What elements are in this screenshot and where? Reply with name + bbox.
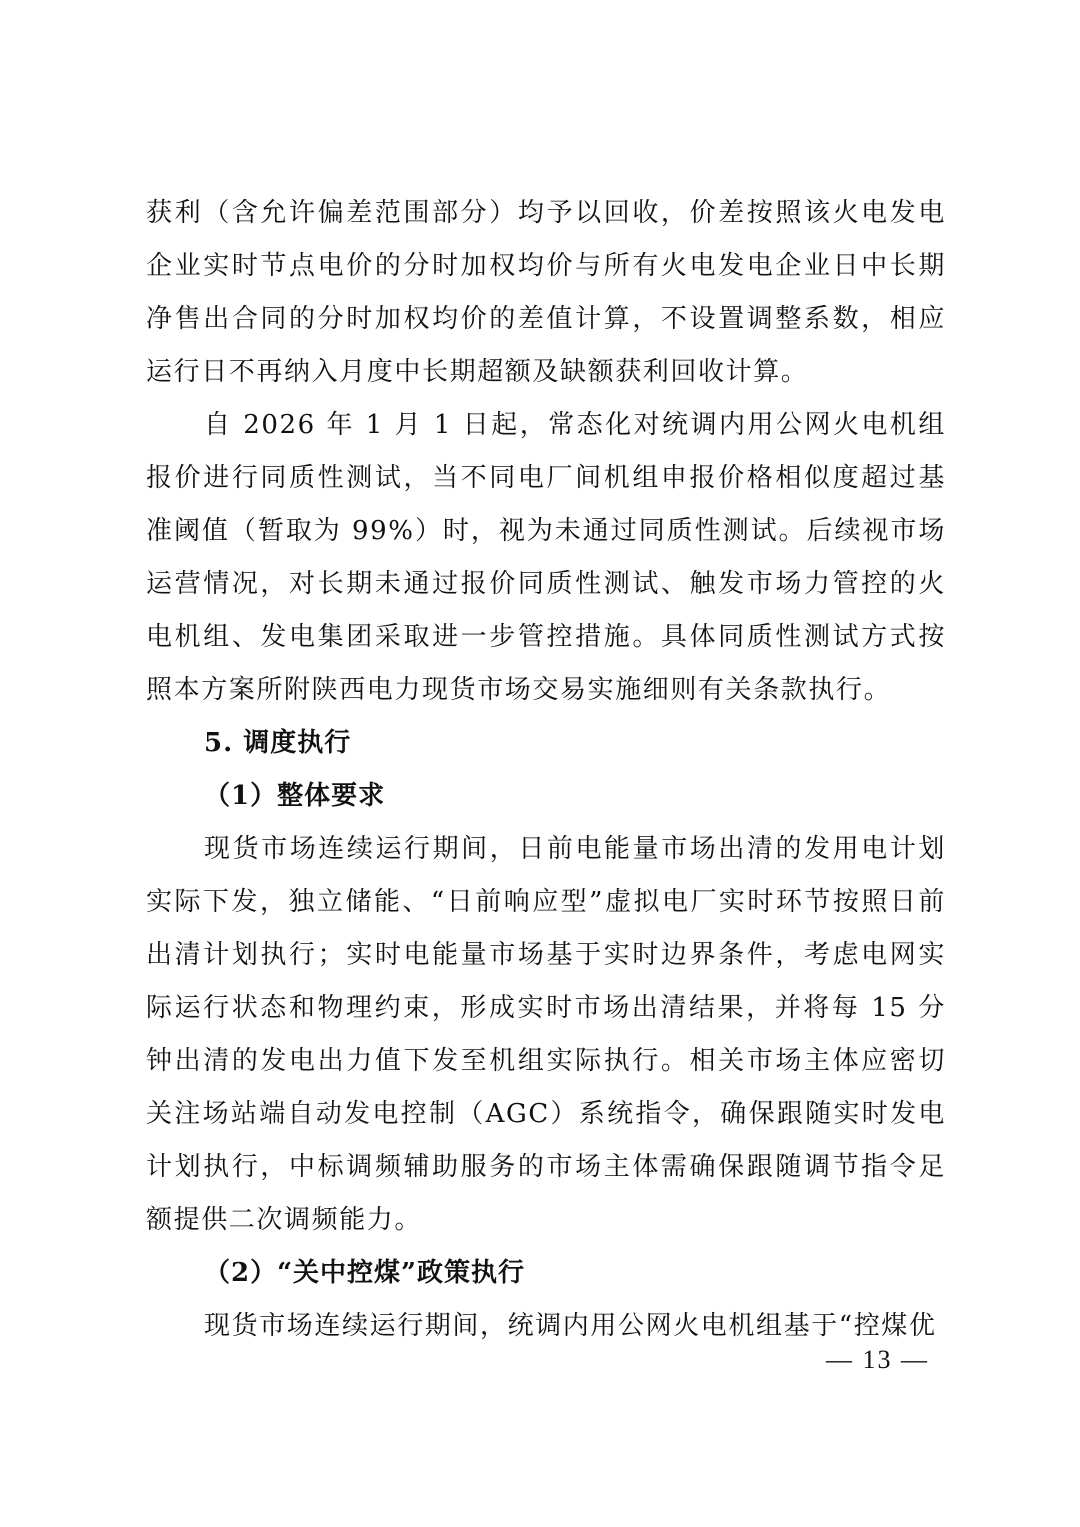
subsection-heading-overall-requirements: （1）整体要求 (146, 770, 946, 823)
document-body: 获利（含允许偏差范围部分）均予以回收，价差按照该火电发电企业实时节点电价的分时加… (146, 187, 946, 1353)
paragraph-overall-requirements: 现货市场连续运行期间，日前电能量市场出清的发用电计划实际下发，独立储能、“日前响… (146, 823, 946, 1247)
document-page: 获利（含允许偏差范围部分）均予以回收，价差按照该火电发电企业实时节点电价的分时加… (0, 0, 1080, 1527)
subsection-heading-coal-control: （2）“关中控煤”政策执行 (146, 1247, 946, 1300)
section-heading-dispatch: 5. 调度执行 (146, 717, 946, 770)
paragraph-homogeneity-test: 自 2026 年 1 月 1 日起，常态化对统调内用公网火电机组报价进行同质性测… (146, 399, 946, 717)
page-number: — 13 — (826, 1345, 929, 1375)
paragraph-continuation: 获利（含允许偏差范围部分）均予以回收，价差按照该火电发电企业实时节点电价的分时加… (146, 187, 946, 399)
